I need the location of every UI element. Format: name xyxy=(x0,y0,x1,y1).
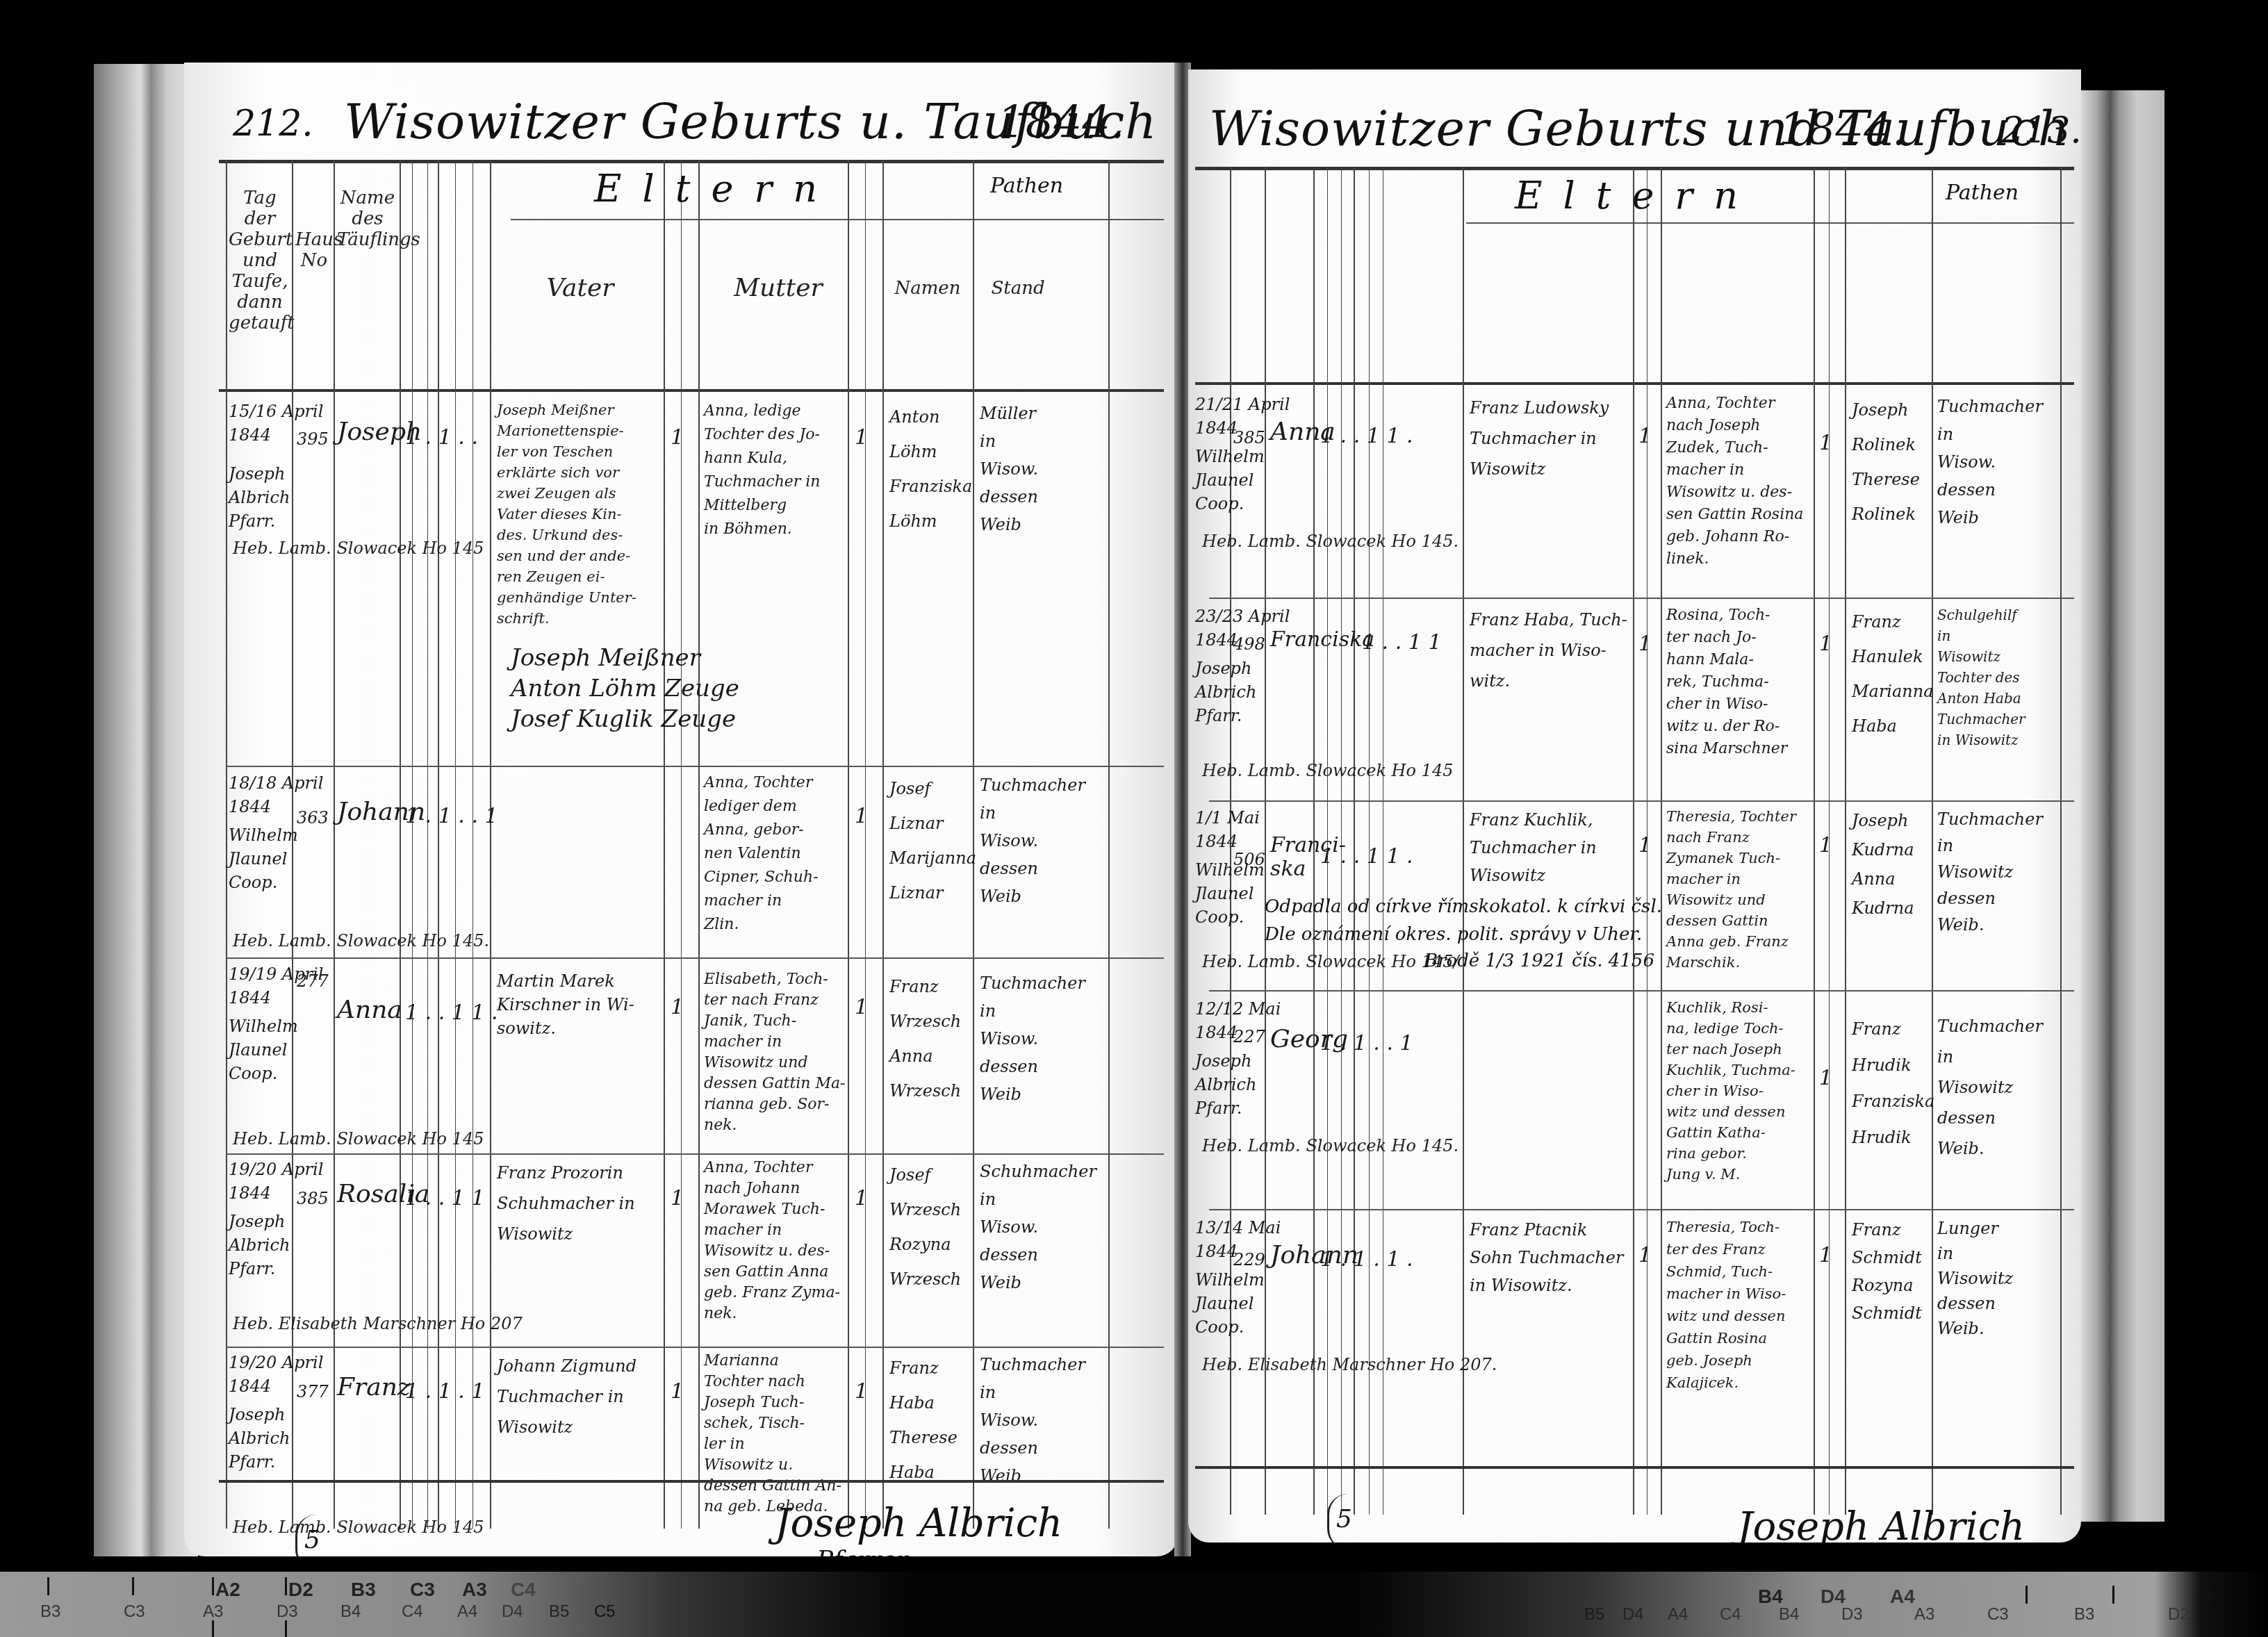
ruler-label: B3 xyxy=(40,1602,60,1622)
entry-godparent-status: Schuhmacher in Wisow. dessen Weib xyxy=(980,1158,1096,1297)
entry-child-name: Anna xyxy=(337,998,402,1022)
entry-godparents: Joseph Kudrna Anna Kudrna xyxy=(1852,806,1914,923)
col-header-father: Vater xyxy=(511,278,650,299)
col-header-mother: Mutter xyxy=(719,278,837,299)
entry-mother: Kuchlik, Rosi- na, ledige Toch- ter nach… xyxy=(1666,997,1795,1185)
entry-marks: 1 . . 1 1 . xyxy=(1320,845,1413,869)
entry-marks: 1 . 1 . . 1 xyxy=(405,805,498,828)
signature-name: Joseph Albrich xyxy=(1737,1504,2025,1543)
register-entry: 19/20 April 1844 Joseph Albrich Pfarr. 3… xyxy=(219,1158,1164,1345)
entry-godparents: Josef Liznar Marijanna Liznar xyxy=(889,771,976,910)
ruler-label: C4 xyxy=(402,1602,423,1622)
entry-godparent-status: Lunger in Wisowitz dessen Weib. xyxy=(1937,1216,2013,1341)
entry-father-religion: 1 xyxy=(671,1380,684,1404)
col-header-godparent-name: Namen xyxy=(886,278,969,299)
entry-mother: Theresia, Toch- ter des Franz Schmid, Tu… xyxy=(1666,1216,1786,1394)
entry-marks: 1 . . 1 1 . xyxy=(405,1001,498,1025)
entry-godparents: Franz Hanulek Marianna Haba xyxy=(1852,604,1934,743)
register-entry: 1/1 Mai 1844 Wilhelm Jlaunel Coop. 506 F… xyxy=(1195,806,2074,987)
entry-mother-religion: 1 xyxy=(1819,1067,1832,1090)
page-year: 1844. xyxy=(1779,104,1906,156)
entry-godparent-status: Tuchmacher in Wisow. dessen Weib xyxy=(1937,393,2043,532)
entry-father-religion: 1 xyxy=(1638,425,1652,448)
entry-mother: Anna, Tochter nach Johann Morawek Tuch- … xyxy=(704,1158,840,1324)
entry-house-no: 506 xyxy=(1233,848,1265,871)
register-entry: 13/14 Mai 1844 Wilhelm Jlaunel Coop. 229… xyxy=(1195,1216,2074,1424)
open-register-book: 212. Wisowitzer Geburts u. Taufbuch 1844… xyxy=(94,63,2164,1556)
entry-midwife: Heb. Lamb. Slowacek Ho 145. xyxy=(1202,1136,1458,1155)
entry-godparent-status: Schulgehilf in Wisowitz Tochter des Anto… xyxy=(1937,604,2025,750)
entry-officiant: Wilhelm Jlaunel Coop. xyxy=(229,823,298,894)
entry-midwife: Heb. Lamb. Slowacek Ho 145 xyxy=(233,1129,484,1149)
ruler-label: C3 xyxy=(1987,1605,2009,1624)
entry-father-religion: 1 xyxy=(671,996,684,1019)
ruler-label: A4 xyxy=(457,1602,477,1622)
ruler-label: B5 xyxy=(1584,1605,1604,1624)
ruler-label: D3 xyxy=(277,1602,298,1622)
left-page: 212. Wisowitzer Geburts u. Taufbuch 1844… xyxy=(184,63,1178,1556)
entry-father: Franz Ludowsky Tuchmacher in Wisowitz xyxy=(1470,393,1629,484)
entry-house-no: 227 xyxy=(1233,1025,1265,1048)
signature-title: Pfarrer xyxy=(816,1546,1062,1556)
entry-midwife: Heb. Elisabeth Marschner Ho 207. xyxy=(1202,1355,1497,1374)
entry-house-no: 385 xyxy=(1233,426,1265,450)
col-header-godparent-status: Stand xyxy=(976,278,1060,299)
page-number: 212. xyxy=(233,103,313,145)
ruler-label: A3 xyxy=(203,1602,223,1622)
entry-father-religion: 1 xyxy=(671,1187,684,1210)
col-header-name: Name des Täuflings xyxy=(337,188,398,250)
entry-officiant: Joseph Albrich Pfarr. xyxy=(1195,1049,1256,1120)
register-entry: 12/12 Mai 1844 Joseph Albrich Pfarr. 227… xyxy=(1195,997,2074,1206)
entry-godparents: Josef Wrzesch Rozyna Wrzesch xyxy=(889,1158,961,1297)
ledger-table: Eltern Pathen 21/21 April 1844 Wilhelm J… xyxy=(1195,167,2074,1515)
entry-godparent-status: Tuchmacher in Wisow. dessen Weib xyxy=(980,1351,1085,1490)
entry-officiant: Joseph Albrich Pfarr. xyxy=(1195,657,1256,727)
ruler-label: A4 xyxy=(1890,1586,1915,1608)
entry-godparent-status: Tuchmacher in Wisow. dessen Weib xyxy=(980,969,1085,1108)
entry-mother: Anna, Tochter lediger dem Anna, gebor- n… xyxy=(704,771,819,937)
entry-father-religion: 1 xyxy=(1638,1244,1652,1267)
entry-godparents: Franz Wrzesch Anna Wrzesch xyxy=(889,969,961,1108)
entry-mother: Theresia, Tochter nach Franz Zymanek Tuc… xyxy=(1666,806,1796,973)
entry-father-religion: 1 xyxy=(1638,632,1652,656)
entry-marks: 1 . . 1 1 xyxy=(1362,631,1441,655)
entry-mother-religion: 1 xyxy=(855,1187,868,1210)
entry-mother-religion: 1 xyxy=(1819,431,1832,455)
entry-mother-religion: 1 xyxy=(1819,834,1832,857)
entry-mother-religion: 1 xyxy=(855,805,868,828)
entry-marks: 1 . 1 . . xyxy=(405,426,478,450)
entry-mother-religion: 1 xyxy=(1819,1244,1832,1267)
entry-midwife: Heb. Lamb. Slowacek Ho 145 xyxy=(1202,761,1453,780)
entry-mother-religion: 1 xyxy=(855,996,868,1019)
right-page-header: Wisowitzer Geburts und Taufbuch 1844. 21… xyxy=(1188,83,2081,160)
entry-mother-religion: 1 xyxy=(855,1380,868,1404)
left-page-header: 212. Wisowitzer Geburts u. Taufbuch 1844… xyxy=(184,76,1178,153)
entry-officiant: Joseph Albrich Pfarr. xyxy=(229,462,290,533)
entry-officiant: Wilhelm Jlaunel Coop. xyxy=(1195,1268,1265,1339)
ruler-label: A2 xyxy=(215,1579,240,1601)
page-title: Wisowitzer Geburts und Taufbuch xyxy=(1209,100,2070,157)
footer-circled-number: 5 xyxy=(295,1515,330,1556)
entry-godparent-status: Tuchmacher in Wisowitz dessen Weib. xyxy=(1937,1011,2043,1164)
entry-house-no: 277 xyxy=(297,969,329,993)
footer-circled-number: 5 xyxy=(1327,1494,1362,1543)
section-header-eltern: Eltern xyxy=(594,167,838,211)
entry-father: Martin Marek Kirschner in Wi- sowitz. xyxy=(497,969,664,1040)
register-entry: 23/23 April 1844 Joseph Albrich Pfarr. 4… xyxy=(1195,604,2074,799)
entry-house-no: 229 xyxy=(1233,1248,1265,1272)
ruler-label: C4 xyxy=(511,1579,536,1601)
entry-house-no: 385 xyxy=(297,1187,329,1210)
pastor-signature: Joseph Albrich Pfarrer xyxy=(775,1501,1062,1556)
entry-midwife: Heb. Elisabeth Marschner Ho 207 xyxy=(233,1314,523,1333)
entry-house-no: 498 xyxy=(1233,632,1265,656)
col-header-date: Tag der Geburt und Taufe, dann getauft xyxy=(229,188,291,334)
right-page: Wisowitzer Geburts und Taufbuch 1844. 21… xyxy=(1188,69,2081,1543)
ruler-label: C4 xyxy=(1720,1605,1741,1624)
entry-midwife: Heb. Lamb. Slowacek Ho 145. xyxy=(1202,532,1458,551)
register-entry: 15/16 April 1844 Joseph Albrich Pfarr. 3… xyxy=(219,400,1164,761)
register-entry: 19/19 April 1844 Wilhelm Jlaunel Coop. 2… xyxy=(219,962,1164,1150)
entry-godparents: Anton Löhm Franziska Löhm xyxy=(889,400,972,538)
entry-father: Franz Haba, Tuch- macher in Wiso- witz. xyxy=(1470,604,1629,696)
entry-marks: 1 . . 1 1 . xyxy=(1320,425,1413,448)
entry-date: 1/1 Mai 1844 xyxy=(1195,806,1260,853)
entry-midwife: Heb. Lamb. Slowacek Ho 145/ xyxy=(1202,952,1459,971)
entry-house-no: 395 xyxy=(297,427,329,451)
entry-house-no: 363 xyxy=(297,806,329,830)
ruler-label: B3 xyxy=(351,1579,376,1601)
entry-godparent-status: Tuchmacher in Wisow. dessen Weib xyxy=(980,771,1085,910)
entry-officiant: Wilhelm Jlaunel Coop. xyxy=(1195,445,1265,516)
ruler-label: B4 xyxy=(1779,1605,1799,1624)
ruler-label: B5 xyxy=(549,1602,569,1622)
ruler-label: D2 xyxy=(2168,1605,2189,1624)
scan-reference-ruler: A2 D2 B3 C3 A3 C4 B3 C3 A3 D3 B4 C4 A4 D… xyxy=(0,1572,2268,1637)
annotation-reference: Brodě 1/3 1921 čís. 4156 xyxy=(1424,951,1654,971)
entry-mother: Elisabeth, Toch- ter nach Franz Janik, T… xyxy=(704,969,846,1136)
pastor-signature: Joseph Albrich Pfarrer xyxy=(1737,1504,2025,1543)
entry-godparents: Franz Hrudik Franziska Hrudik xyxy=(1852,1011,1934,1155)
entry-marks: 1 . 1 . . 1 xyxy=(1320,1032,1413,1055)
entry-mother: Rosina, Toch- ter nach Jo- hann Mala- re… xyxy=(1666,604,1787,760)
ruler-label: A3 xyxy=(462,1579,487,1601)
ruler-label: C3 xyxy=(124,1602,145,1622)
ruler-label: D4 xyxy=(502,1602,523,1622)
entry-officiant: Joseph Albrich Pfarr. xyxy=(229,1210,290,1281)
left-page-edges xyxy=(94,64,198,1556)
entry-father: Franz Kuchlik, Tuchmacher in Wisowitz xyxy=(1470,806,1629,889)
entry-officiant: Joseph Albrich Pfarr. xyxy=(229,1403,290,1474)
entry-mother: Anna, Tochter nach Joseph Zudek, Tuch- m… xyxy=(1666,393,1803,570)
ruler-label: D3 xyxy=(1841,1605,1863,1624)
section-header-pathen: Pathen xyxy=(1946,181,2019,205)
entry-father-religion: 1 xyxy=(671,426,684,450)
entry-mother: Marianna Tochter nach Joseph Tuch- schek… xyxy=(704,1351,841,1517)
signature-name: Joseph Albrich xyxy=(775,1501,1062,1546)
register-entry: 18/18 April 1844 Wilhelm Jlaunel Coop. 3… xyxy=(219,771,1164,959)
col-header-house-no: Haus No xyxy=(295,229,333,271)
entry-godparents: Franz Haba Therese Haba xyxy=(889,1351,958,1490)
ruler-label: B4 xyxy=(340,1602,361,1622)
entry-godparent-status: Müller in Wisow. dessen Weib xyxy=(980,400,1038,538)
entry-officiant: Wilhelm Jlaunel Coop. xyxy=(229,1014,298,1085)
entry-midwife: Heb. Lamb. Slowacek Ho 145 xyxy=(233,1517,484,1537)
entry-midwife: Heb. Lamb. Slowacek Ho 145. xyxy=(233,931,489,951)
entry-child-name: Franciska xyxy=(1270,628,1374,652)
ruler-label: C3 xyxy=(410,1579,435,1601)
entry-mother: Anna, ledige Tochter des Jo- hann Kula, … xyxy=(704,400,821,541)
entry-mother-religion: 1 xyxy=(1819,632,1832,656)
entry-house-no: 377 xyxy=(297,1380,329,1404)
entry-child-name: Franz xyxy=(337,1376,411,1399)
entry-marks: 1 . 1 . 1 . xyxy=(1320,1248,1413,1272)
entry-godparent-status: Tuchmacher in Wisowitz dessen Weib. xyxy=(1937,806,2043,938)
ruler-label: C5 xyxy=(594,1602,616,1622)
entry-godparents: Joseph Rolinek Therese Rolinek xyxy=(1852,393,1920,532)
section-header-eltern: Eltern xyxy=(1515,174,1759,217)
ruler-label: D4 xyxy=(1622,1605,1644,1624)
ruler-label: B3 xyxy=(2074,1605,2094,1624)
annotation-authority: Dle oznámení okres. polit. správy v Uher… xyxy=(1265,924,1642,945)
ruler-label: A3 xyxy=(1914,1605,1934,1624)
entry-father: Franz Prozorin Schuhmacher in Wisowitz xyxy=(497,1158,664,1249)
section-header-pathen: Pathen xyxy=(990,174,1063,198)
register-entry: 21/21 April 1844 Wilhelm Jlaunel Coop. 3… xyxy=(1195,393,2074,594)
entry-witness-signatures: Joseph Meißner Anton Löhm Zeuge Josef Ku… xyxy=(511,643,739,734)
ruler-label: D2 xyxy=(288,1579,313,1601)
entry-father: Johann Zigmund Tuchmacher in Wisowitz xyxy=(497,1351,664,1442)
entry-father: Joseph Meißner Marionettenspie- ler von … xyxy=(497,400,664,629)
page-year: 1844. xyxy=(997,97,1124,149)
entry-father-religion: 1 xyxy=(1638,834,1652,857)
annotation-church-exit: Odpadla od církve římskokatol. k církvi … xyxy=(1265,896,1662,917)
entry-father: Franz Ptacnik Sohn Tuchmacher in Wisowit… xyxy=(1470,1216,1629,1299)
entry-midwife: Heb. Lamb. Slowacek Ho 145 xyxy=(233,538,484,558)
ledger-table: Tag der Geburt und Taufe, dann getauft H… xyxy=(219,160,1164,1529)
entry-mother-religion: 1 xyxy=(855,426,868,450)
entry-marks: 1 . . 1 1 xyxy=(405,1187,484,1210)
right-page-edges xyxy=(2074,90,2164,1522)
ruler-label: A4 xyxy=(1668,1605,1688,1624)
page-number: 213. xyxy=(2001,110,2081,151)
entry-marks: 1 . 1 . 1 xyxy=(405,1380,484,1404)
entry-godparents: Franz Schmidt Rozyna Schmidt xyxy=(1852,1216,1922,1327)
